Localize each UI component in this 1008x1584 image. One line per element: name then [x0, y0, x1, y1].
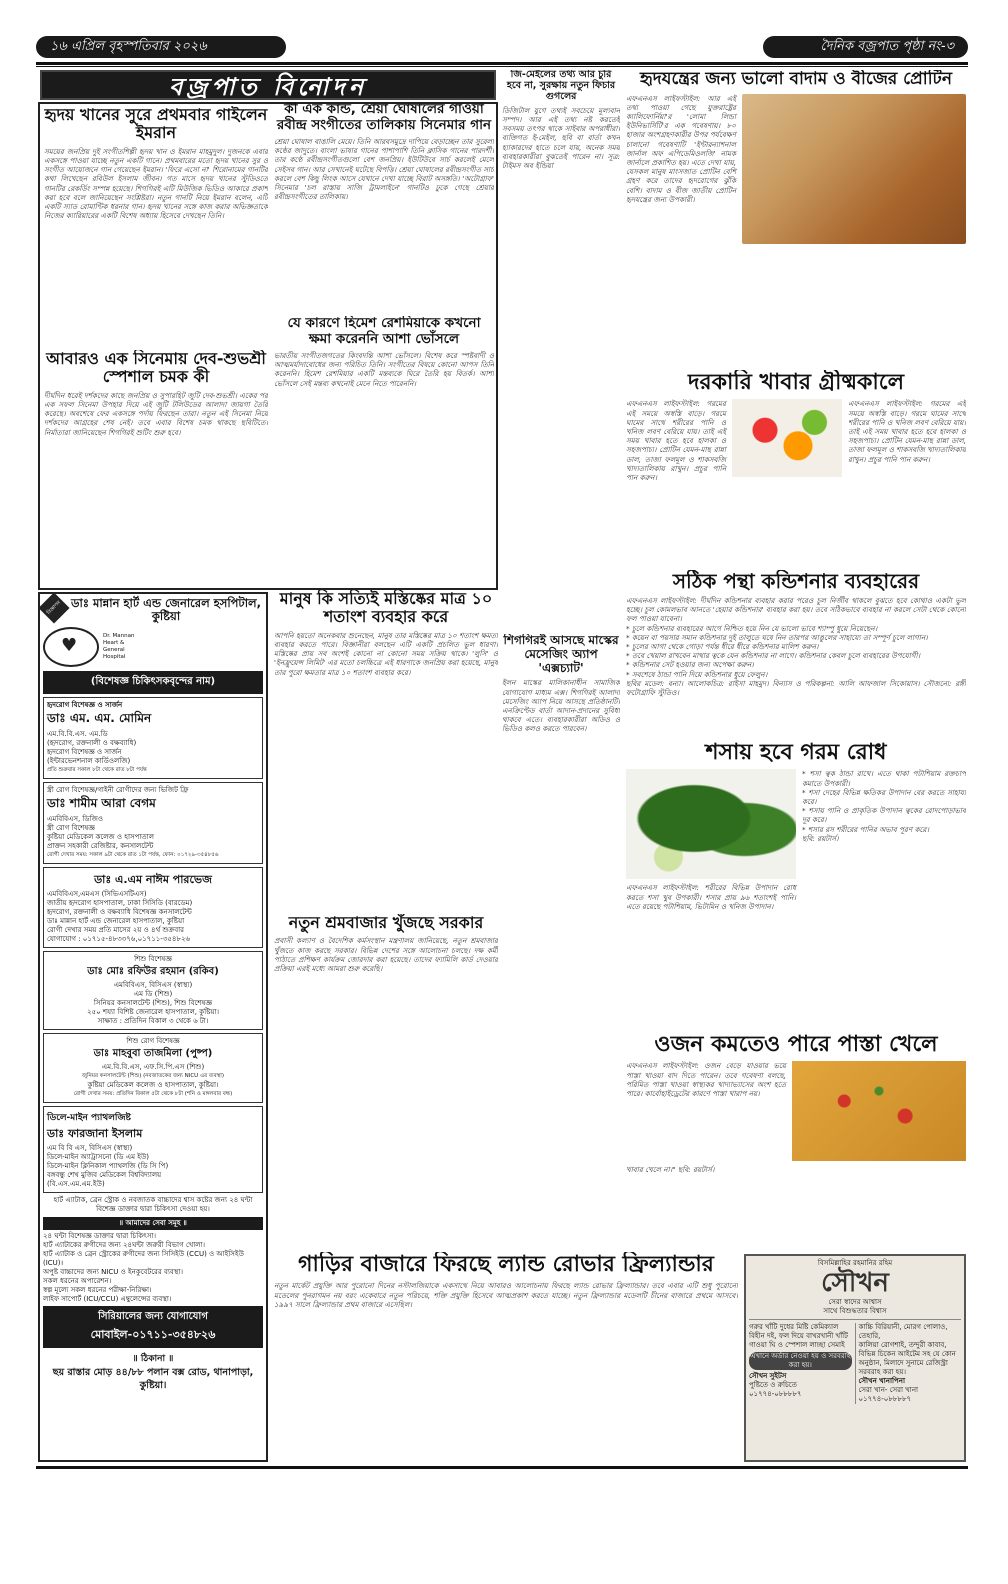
- tip-item: * কন্ডিশনার সেট হওয়ার জন্য অপেক্ষা করুন…: [626, 660, 966, 669]
- restaurant-ad: বিসমিল্লাহির রহমানির রহিম সৌখন সেরা স্বা…: [744, 1254, 966, 1462]
- doctor-name: ডাঃ এম. এম. মোমিন: [47, 710, 259, 730]
- article-gmail: জি-মেইলের তথ্য আর চুরি হবে না, সুরক্ষায়…: [502, 70, 620, 640]
- tip-item: * কয়েন বা পয়সার সমান কন্ডিশনার দুই তাল…: [626, 633, 966, 642]
- article-dev: আবারও এক সিনেমায় দেব-শুভশ্রী স্পেশাল চম…: [44, 350, 268, 586]
- ad-line: গাওয়া ঘি ও স্পেশাল লাচ্ছা সেমাই: [749, 1341, 852, 1350]
- ad-line: কালিয়া রোগশাই, তন্দুরী কাবাব,: [859, 1341, 962, 1350]
- cucumbers-photo: [626, 769, 796, 879]
- footer-rule: [36, 1466, 968, 1469]
- article-body: ইলন মাস্কের মালিকানাধীন সামাজিক যোগাযোগ …: [502, 678, 620, 733]
- ad-line: অনুষ্ঠান, মিলাদে সুনামে রেজিস্ট্রা: [859, 1359, 962, 1368]
- doctor-detail: এমবিবিএস, বিসিএস (স্বাস্থ্য): [47, 981, 259, 990]
- doctor-card: ডাঃ এ.এম নাঈম পারভেজ এমবিবিএস,এমএস (সিভি…: [43, 867, 263, 948]
- branch-sub: সেরা খান- সেরা খানা: [859, 1386, 962, 1395]
- ad-line: কাচ্চি বিরিয়ানী, মোরগ পোলাও, তেহারি,: [859, 1323, 962, 1341]
- article-body: এফএনএস লাইফস্টাইল: শরীরের বিভিন্ন উপাদান…: [626, 883, 796, 911]
- article-headline: গাড়ির বাজারে ফিরছে ল্যান্ড রোভার ফ্রিল্…: [274, 1252, 738, 1277]
- services-heading: ॥ আমাদের সেবা সমূহ ॥: [43, 1217, 263, 1230]
- serial-contact-block: সিরিয়ালের জন্য যোগাযোগ মোবাইল-০১৭১১-৩৫৪…: [43, 1306, 263, 1348]
- heart-logo-icon: ♥: [43, 627, 99, 667]
- section-title: বজ্রপাত বিনোদন: [40, 70, 496, 100]
- address-text: ছয় রাস্তার মোড় ৪৪/৮৮ পলান বক্স রোড, থা…: [43, 1366, 263, 1392]
- article-labour: নতুন শ্রমবাজার খুঁজছে সরকার প্রবাসী কল্য…: [274, 914, 498, 1254]
- article-body: দীর্ঘদিন ধরেই দর্শকদের কাছে জনপ্রিয় ও স…: [44, 391, 268, 437]
- ad-top-line: বিসমিল্লাহির রহমানির রহিম: [749, 1259, 961, 1268]
- header-rule: [36, 62, 968, 65]
- doctor-name: ডাঃ এ.এম নাঈম পারভেজ: [47, 871, 259, 890]
- ad-line: বিভিন্ন চিকেন আইটেম সহ যে কোন: [859, 1350, 962, 1359]
- doctor-detail: হৃদরোগ বিশেষজ্ঞ ও সার্জন: [47, 748, 259, 757]
- article-brain: মানুষ কি সত্যিই মস্তিষ্কের মাত্র ১০ শতাং…: [274, 590, 498, 910]
- doctor-name: ডাঃ শামীম আরা বেগম: [47, 795, 259, 815]
- ad-tagline: সেরা স্বাদের আশ্বাস: [749, 1298, 961, 1307]
- service-item: অপুষ্ট বাচ্চাদের জন্য NICU ও ইনকুবেটরের …: [43, 1268, 263, 1277]
- photo-credit: ছবির মডেল: বন্যা। আলোকচিত্র: রাইসা মাহমু…: [626, 679, 966, 697]
- services-list: ২৪ ঘন্টা বিশেষজ্ঞ ডাক্তার দ্বারা চিকিৎসা…: [43, 1230, 263, 1306]
- article-headline: কী এক কান্ড, শ্রেয়া ঘোষালের গাওয়া রবীন…: [274, 102, 494, 133]
- doctor-detail: (ইন্টারভেনশনাল কার্ডিওলজি): [47, 757, 259, 766]
- article-body: ডিজিটাল যুগে তথ্যই সবচেয়ে মূল্যবান সম্প…: [502, 106, 620, 170]
- article-body: এফএনএস লাইফস্টাইল: দীর্ঘদিন কন্ডিশনার ব্…: [626, 596, 966, 624]
- doctor-detail: প্রাক্তন সহকারী রেজিষ্টার, কনসালটেন্ট: [47, 842, 259, 851]
- branch-sub: পুষ্টিতে ও রুচিতে: [749, 1381, 852, 1390]
- article-body: প্রবাসী কল্যাণ ও বৈদেশিক কর্মসংস্থান মন্…: [274, 936, 498, 973]
- tip-item: * চুলের আগা থেকে গোড়া পর্যন্ত ধীরে ধীরে…: [626, 642, 966, 651]
- doctor-detail: এম.বি.বি.এস, এফ.সি.পি.এস (শিশু): [47, 1063, 259, 1072]
- photo-credit: ছবি: রয়টার্স।: [802, 834, 966, 843]
- ad-line: সরবরাহ করা হয়।: [859, 1368, 962, 1377]
- doctor-detail: সাক্ষাত : প্রতিদিন বিকাল ৩ থেকে ৬ টা।: [47, 1017, 259, 1026]
- article-headline: শিগগিরই আসছে মাস্কের মেসেজিং অ্যাপ 'এক্স…: [502, 634, 620, 675]
- hospital-ad: বিজ্ঞাপন ডাঃ মান্নান হার্ট এন্ড জেনারেল …: [38, 592, 268, 1462]
- article-body: ভারতীয় সংগীতজগতের কিংবদন্তি আশা ভোঁসলে।…: [274, 351, 494, 388]
- article-headline: ওজন কমতেও পারে পাস্তা খেলে: [626, 1032, 966, 1057]
- tip-item: * শসা দেহের বিভিন্ন ক্ষতিকর উপাদান বের ক…: [802, 788, 966, 806]
- article-headline: নতুন শ্রমবাজার খুঁজছে সরকার: [274, 914, 498, 932]
- doctor-detail: স্ত্রী রোগ বিশেষজ্ঞ: [47, 824, 259, 833]
- article-nuts: হৃদযন্ত্রের জন্য ভালো বাদাম ও বীজের প্রো…: [626, 70, 966, 400]
- doctor-schedule: রোগী দেখার সময়: সকাল ৯টা থেকে রাত ১টা প…: [47, 851, 259, 860]
- doctor-specialty: শিশু রোগ বিশেষজ্ঞ: [47, 1037, 259, 1046]
- doctor-detail: কুষ্টিয়া মেডিকেল কলেজ ও হাসপাতাল, কুষ্ট…: [47, 1081, 259, 1090]
- doctor-name: ডাঃ ফারজানা ইসলাম: [47, 1125, 259, 1144]
- article-body: সময়ের জনপ্রিয় দুই সংগীতশিল্পী হৃদয় খা…: [44, 147, 268, 221]
- branch-name: সৌখন খানাপিনা: [859, 1377, 962, 1386]
- article-headline: জি-মেইলের তথ্য আর চুরি হবে না, সুরক্ষায়…: [502, 70, 620, 103]
- article-shreya: কী এক কান্ড, শ্রেয়া ঘোষালের গাওয়া রবীন…: [274, 102, 494, 312]
- hospital-logo-text: Dr. Mannan Heart & General Hospital: [103, 633, 143, 661]
- branch-name: সৌখন সুইটস: [749, 1372, 852, 1381]
- tip-item: * শসা ত্বক ঠান্ডা রাখে। এতে থাকা পটাশিয়…: [802, 769, 966, 787]
- doctor-specialty: শিশু বিশেষজ্ঞ: [47, 955, 259, 964]
- branch-phone: ০১৭৭৪-০৮৮৮৮৭: [749, 1390, 852, 1399]
- address-title: ॥ ঠিকানা ॥: [43, 1351, 263, 1366]
- restaurant-name: সৌখন: [749, 1268, 961, 1298]
- article-headline: আবারও এক সিনেমায় দেব-শুভশ্রী স্পেশাল চম…: [44, 350, 268, 387]
- doctor-schedule: প্রতি শুক্রবার সকাল ৮টা থেকে রাত ৮টা পর্…: [47, 766, 259, 775]
- service-item: হার্ট এ্যাটাক ও ব্রেন স্ট্রোকের রুগীদের …: [43, 1250, 263, 1268]
- article-headline: যে কারণে হিমেশ রেশমিয়াকে কখনো ক্ষমা করে…: [274, 316, 494, 347]
- doctor-card: ডিলে-মাইন প্যাথলজিষ্ট ডাঃ ফারজানা ইসলাম …: [43, 1106, 263, 1193]
- date-label: ১৬ এপ্রিল বৃহস্পতিবার ২০২৬: [36, 36, 286, 58]
- article-landrover: গাড়ির বাজারে ফিরছে ল্যান্ড রোভার ফ্রিল্…: [274, 1252, 738, 1464]
- doctor-contact: যোগাযোগ : ০১৭১৫-৪৮৩৩৭৬,০১৭১১-৩৫৪৮২৬: [47, 935, 259, 944]
- doctor-detail: রোগী দেখার সময় প্রতি মাসের ২য় ও ৪র্থ শ…: [47, 926, 259, 935]
- article-body: এফএনএস লাইফস্টাইল: ওজন বেড়ে যাওয়ার ভয়…: [626, 1061, 786, 1161]
- ad-banner: এখানে অর্ডার নেওয়া হয় ও সরবরাহ করা হয়…: [749, 1352, 852, 1370]
- article-body: আপনি হয়তো অনেকবার শুনেছেন, মানুষ তার মস…: [274, 631, 498, 677]
- doctor-specialty: স্ত্রী রোগ বিশেষজ্ঞ/গাইনী রোগীদের জন্য ভ…: [47, 786, 259, 795]
- article-vegetables: দরকারি খাবার গ্রীষ্মকালে এফএনএস লাইফস্টা…: [626, 370, 966, 570]
- ad-badge: বিজ্ঞাপন: [38, 592, 69, 623]
- article-body: এফএনএস লাইফস্টাইল: আর এই তথ্য পাওয়া গেছ…: [626, 94, 736, 244]
- tip-item: * সবশেষে ঠান্ডা পানি দিয়ে কন্ডিশনার ধুয…: [626, 670, 966, 679]
- peanuts-and-almonds-photo: [742, 94, 966, 244]
- article-body-continued: এফএনএস লাইফস্টাইল: গরমের এই সময়ে অস্বস্…: [848, 399, 966, 482]
- article-conditioner: সঠিক পন্থা কন্ডিশনার ব্যবহারের এফএনএস লা…: [626, 570, 966, 740]
- doctor-card: শিশু রোগ বিশেষজ্ঞ ডাঃ মাহবুবা তাজমিলা (প…: [43, 1033, 263, 1103]
- serial-title: সিরিয়ালের জন্য যোগাযোগ: [46, 1309, 260, 1326]
- article-headline: হৃদয় খানের সুরে প্রথমবার গাইলেন ইমরান: [44, 106, 268, 143]
- article-headline: মানুষ কি সত্যিই মস্তিষ্কের মাত্র ১০ শতাং…: [274, 590, 498, 627]
- header-rule-thin: [36, 66, 968, 67]
- tip-item: * শসার রস শরীরের পানির অভাব পূরণ করে।: [802, 825, 966, 834]
- doctor-name: ডাঃ মোঃ রফিউর রহমান (রকিব): [47, 964, 259, 981]
- article-body: শ্রেয়া ঘোষাল বাঙালি মেয়ে। তিনি আরবসমুদ…: [274, 137, 494, 201]
- doctor-card: শিশু বিশেষজ্ঞ ডাঃ মোঃ রফিউর রহমান (রকিব)…: [43, 951, 263, 1030]
- article-body: এফএনএস লাইফস্টাইল: গরমের এই সময়ে অস্বস্…: [626, 399, 726, 482]
- tip-item: * শসায় পানি ও প্রাকৃতিক উপাদান ত্বকের র…: [802, 806, 966, 824]
- article-pasta: ওজন কমতেও পারে পাস্তা খেলে এফএনএস লাইফস্…: [626, 1032, 966, 1272]
- doctor-name: ডাঃ মাহবুবা তাজমিলা (পুষ্প): [47, 1046, 259, 1063]
- doctor-specialty: হৃদরোগ বিশেষজ্ঞ ও সার্জন: [47, 701, 259, 710]
- article-imran: হৃদয় খানের সুরে প্রথমবার গাইলেন ইমরান স…: [44, 106, 268, 346]
- article-cucumber: শসায় হবে গরম রোধ এফএনএস লাইফস্টাইল: শরী…: [626, 740, 966, 1030]
- page-number-label: দৈনিক বজ্রপাত পৃষ্ঠা নং-৩: [763, 36, 968, 58]
- doctor-card: স্ত্রী রোগ বিশেষজ্ঞ/গাইনী রোগীদের জন্য ভ…: [43, 782, 263, 864]
- ad-line: গরুর খাঁটি দুধের মিষ্টি কেমিক্যাল: [749, 1323, 852, 1332]
- newspaper-page: ১৬ এপ্রিল বৃহস্পতিবার ২০২৬ দৈনিক বজ্রপাত…: [36, 34, 968, 1504]
- emergency-note: হার্ট এ্যাটাক, ব্রেন স্ট্রোক ও নবজাতক বা…: [43, 1196, 263, 1214]
- photo-credit: খাবার খেলে না।" ছবি: রয়টার্স।: [626, 1165, 966, 1174]
- doctor-detail: সিনিয়র কনসালটেন্ট (শিশু), শিশু বিশেষজ্ঞ: [47, 999, 259, 1008]
- branch-phone: ০১৭৭৪-০৮৮৮৮৭: [859, 1395, 962, 1404]
- article-headline: শসায় হবে গরম রোধ: [626, 740, 966, 765]
- hospital-title: ডাঃ মান্নান হার্ট এন্ড জেনারেল হসপিটাল, …: [69, 597, 263, 623]
- doctor-detail: ডিলে-মাইন অ্যাট্রাসনো (ডি এম ইউ): [47, 1153, 259, 1162]
- service-item: লাইফ সাপোর্ট (ICU/CCU) এম্বুলেন্সের ব্যব…: [43, 1295, 263, 1304]
- doctor-detail: ডিলে-মাইন ক্লিনিকাল প্যাথলজি (ডি সি পি): [47, 1162, 259, 1171]
- doctor-schedule: রোগী দেখার সময়: প্রতিদিন বিকাল ৫টা থেকে…: [47, 1090, 259, 1099]
- tip-item: * চুলে কন্ডিশনার ব্যবহারের আগে নিশ্চিত হ…: [626, 624, 966, 633]
- pasta-dish-photo: [792, 1061, 966, 1161]
- article-headline: দরকারি খাবার গ্রীষ্মকালে: [626, 370, 966, 395]
- article-xchat: শিগগিরই আসছে মাস্কের মেসেজিং অ্যাপ 'এক্স…: [502, 634, 620, 1274]
- doctor-specialty: ডিলে-মাইন প্যাথলজিষ্ট: [47, 1110, 259, 1125]
- article-body: নতুন মার্কেট প্রযুক্তি আর পুরোনো দিনের ন…: [274, 1281, 738, 1309]
- doctor-detail: (বি.এস.এম.এম.ইউ): [47, 1180, 259, 1189]
- article-himesh: যে কারণে হিমেশ রেশমিয়াকে কখনো ক্ষমা করে…: [274, 316, 494, 586]
- page-header: ১৬ এপ্রিল বৃহস্পতিবার ২০২৬ দৈনিক বজ্রপাত…: [36, 34, 968, 60]
- doctors-heading: (বিশেষজ্ঞ চিকিৎসকবৃন্দের নাম): [43, 671, 263, 694]
- fruits-and-vegetables-photo: [732, 399, 842, 477]
- article-headline: হৃদযন্ত্রের জন্য ভালো বাদাম ও বীজের প্রো…: [626, 70, 966, 90]
- article-headline: সঠিক পন্থা কন্ডিশনার ব্যবহারের: [626, 570, 966, 593]
- doctor-card: হৃদরোগ বিশেষজ্ঞ ও সার্জন ডাঃ এম. এম. মোম…: [43, 697, 263, 779]
- doctor-detail: (হৃদরোগ, রক্তনালী ও বক্ষব্যাধি): [47, 739, 259, 748]
- ad-line: বিহীন দই, ফল দিয়ে বাখরখানী খাঁটি: [749, 1332, 852, 1341]
- ad-tagline: সাথে বিশুদ্ধতার বিশ্বাস: [749, 1307, 961, 1316]
- serial-phone: মোবাইল-০১৭১১-৩৫৪৮২৬: [46, 1326, 260, 1345]
- doctor-detail: জুনিয়র কনসালটেন্ট (শিশু) (নবজাতকের জন্য…: [47, 1072, 259, 1081]
